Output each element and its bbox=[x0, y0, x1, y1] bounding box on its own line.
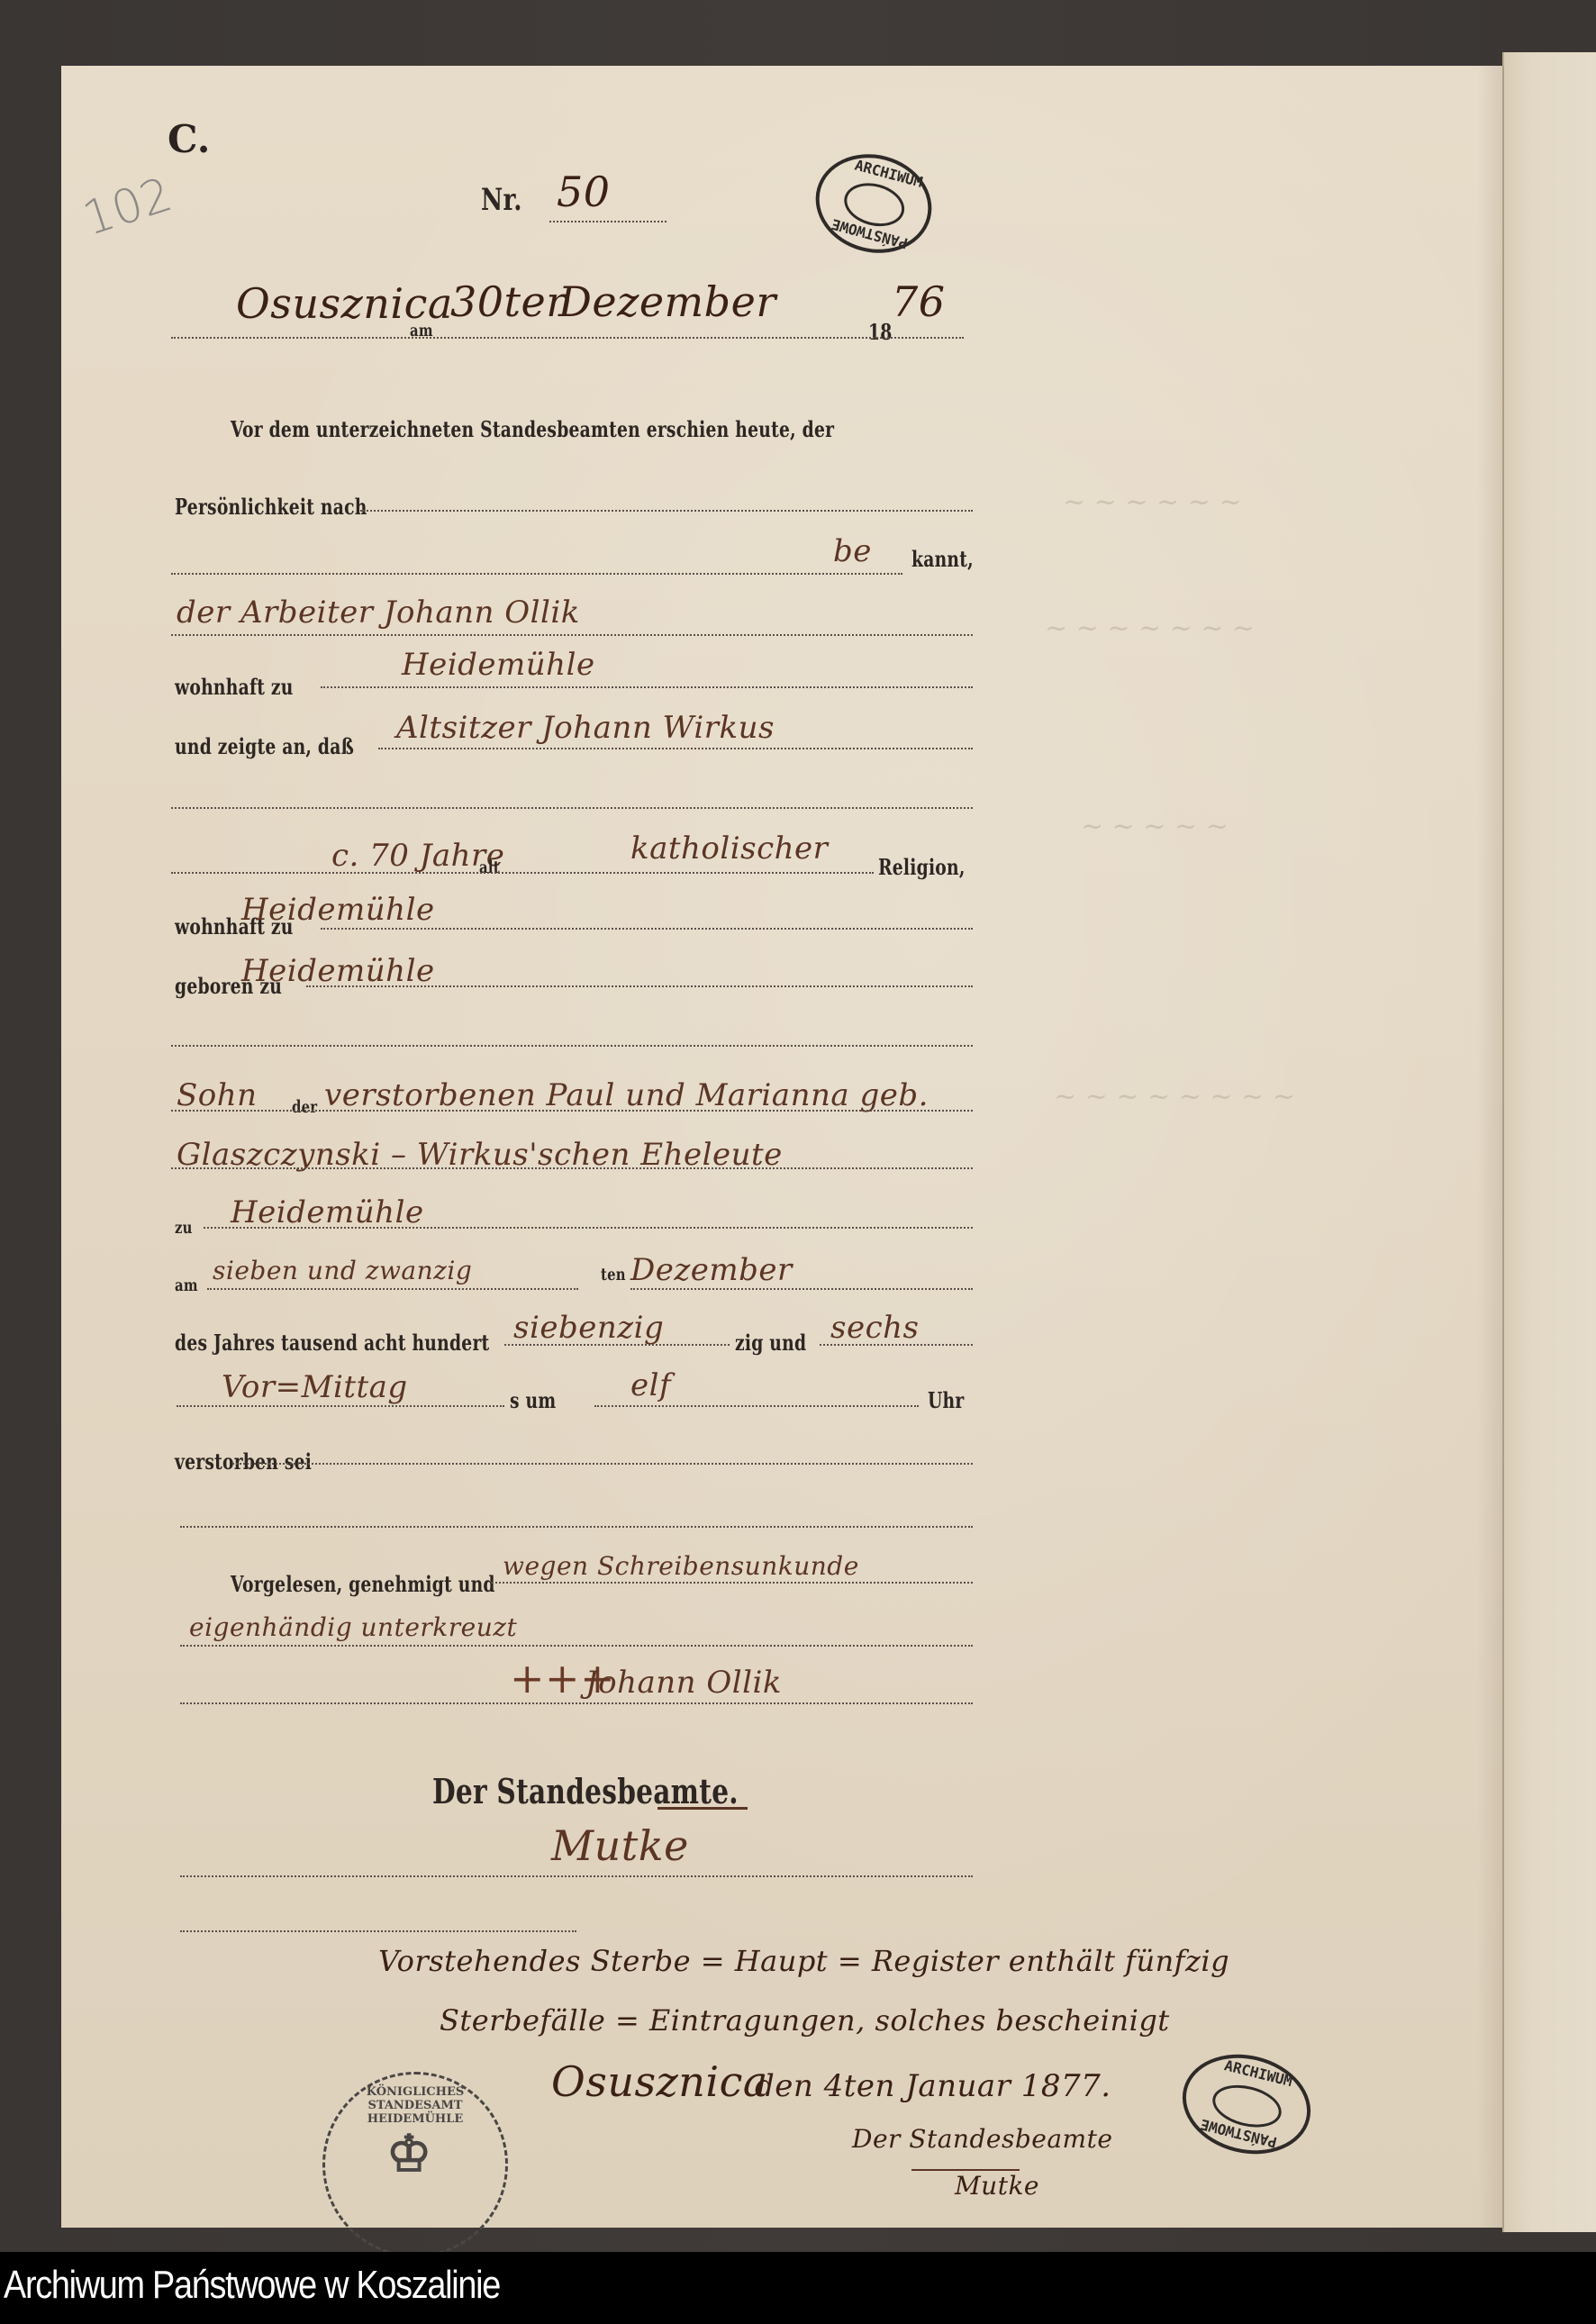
bleed-through-text: ~ ~ ~ ~ ~ bbox=[1081, 811, 1229, 842]
s-um-label: s um bbox=[510, 1387, 556, 1413]
date-month: Dezember bbox=[558, 277, 776, 326]
registrar-underline bbox=[657, 1807, 748, 1810]
archive-name-footer: Archiwum Państwowe w Koszalinie bbox=[4, 2263, 500, 2308]
bleed-through-text: ~ ~ ~ ~ ~ ~ bbox=[1063, 486, 1242, 518]
age-religion-line bbox=[171, 872, 874, 874]
entry-number-line bbox=[549, 221, 667, 222]
registrar-signature: Mutke bbox=[551, 1821, 689, 1870]
deceased-religion: katholischer bbox=[630, 831, 828, 867]
bleed-through-text: ~ ~ ~ ~ ~ ~ ~ ~ bbox=[1054, 1081, 1295, 1112]
death-year-units: sechs bbox=[830, 1310, 919, 1346]
vorgelesen-line-2 bbox=[180, 1645, 973, 1647]
alt-label: alt bbox=[479, 858, 500, 877]
signature-line bbox=[180, 1702, 973, 1704]
zu-label: zu bbox=[175, 1218, 193, 1238]
closing-note-registrar-title: Der Standesbeamte bbox=[852, 2124, 1112, 2154]
closing-line bbox=[180, 1930, 576, 1932]
vorgelesen-line-1 bbox=[491, 1582, 973, 1584]
closing-note-line-1: Vorstehendes Sterbe = Haupt = Register e… bbox=[378, 1944, 1229, 1978]
date-day: 30ten bbox=[450, 277, 573, 326]
date-year-prefix: 18 bbox=[868, 319, 893, 345]
death-hour: elf bbox=[630, 1367, 671, 1403]
death-year-units-line bbox=[820, 1344, 973, 1346]
entry-number: 50 bbox=[557, 168, 611, 216]
ten-label: ten bbox=[601, 1265, 626, 1285]
birthplace: Heidemühle bbox=[241, 953, 435, 989]
persoenlichkeit-line bbox=[360, 510, 973, 512]
series-letter: C. bbox=[168, 117, 210, 161]
date-year-suffix: 76 bbox=[892, 277, 946, 326]
entry-number-label: Nr. bbox=[481, 182, 522, 218]
deceased-residence: Heidemühle bbox=[241, 892, 435, 928]
informant-line bbox=[171, 634, 973, 636]
informant-signature: Johann Ollik bbox=[585, 1665, 782, 1701]
death-hour-line bbox=[594, 1405, 919, 1407]
death-day: sieben und zwanzig bbox=[213, 1256, 472, 1285]
parents-der-label: der bbox=[292, 1097, 317, 1117]
vorgelesen-note-1: wegen Schreibensunkunde bbox=[503, 1551, 859, 1581]
blank-line bbox=[180, 1526, 973, 1528]
religion-label: Religion, bbox=[878, 854, 966, 880]
deceased-name: Altsitzer Johann Wirkus bbox=[396, 710, 775, 746]
place-date-line bbox=[171, 337, 964, 339]
verstorben-label: verstorben sei bbox=[175, 1448, 312, 1475]
intro-line: Vor dem unterzeichneten Standesbeamten e… bbox=[231, 416, 834, 442]
parents-line-1: verstorbenen Paul und Marianna geb. bbox=[324, 1077, 929, 1113]
closing-note-date: den 4ten Januar 1877. bbox=[755, 2068, 1111, 2104]
jahres-label: des Jahres tausend acht hundert bbox=[175, 1330, 489, 1356]
informant-name: der Arbeiter Johann Ollik bbox=[177, 595, 580, 631]
informant-residence-line bbox=[321, 686, 973, 688]
relation-son: Sohn bbox=[177, 1077, 258, 1113]
kannt-label: kannt, bbox=[911, 546, 974, 572]
death-year-tens: siebenzig bbox=[513, 1310, 664, 1346]
am-label: am bbox=[175, 1275, 198, 1295]
death-day-line bbox=[207, 1288, 578, 1290]
registry-office-stamp: KÖNIGLICHES STANDESAMT HEIDEMÜHLE ♔ bbox=[322, 2072, 508, 2257]
closing-note-line-2: Sterbefälle = Eintragungen, solches besc… bbox=[440, 2003, 1170, 2038]
time-of-day: Vor=Mittag bbox=[222, 1369, 408, 1405]
uhr-label: Uhr bbox=[928, 1387, 965, 1413]
time-of-day-line bbox=[177, 1405, 504, 1407]
closing-note-signature: Mutke bbox=[955, 2171, 1039, 2201]
closing-note-place: Osusznica bbox=[551, 2057, 768, 2106]
deceased-residence-line bbox=[321, 928, 973, 930]
vorgelesen-label: Vorgelesen, genehmigt und bbox=[231, 1571, 495, 1597]
page-gutter-shadow bbox=[1477, 66, 1504, 2228]
wohnhaft-label: wohnhaft zu bbox=[175, 674, 294, 700]
death-place: Heidemühle bbox=[231, 1194, 424, 1230]
bleed-through-text: ~ ~ ~ ~ ~ ~ ~ bbox=[1045, 613, 1255, 644]
eagle-emblem-icon: ♔ bbox=[386, 2129, 431, 2179]
vorgelesen-note-2: eigenhändig unterkreuzt bbox=[189, 1612, 517, 1642]
parents-line-1-rule bbox=[171, 1110, 973, 1112]
deceased-line bbox=[378, 748, 973, 749]
kannt-line bbox=[171, 573, 902, 575]
blank-line bbox=[171, 807, 973, 809]
kannt-prefix: be bbox=[833, 533, 872, 569]
death-year-tens-line bbox=[504, 1344, 730, 1346]
verstorben-line bbox=[232, 1463, 973, 1465]
parents-line-2-rule bbox=[171, 1167, 973, 1169]
blank-line bbox=[171, 1045, 973, 1047]
death-month-line bbox=[630, 1288, 973, 1290]
death-place-line bbox=[204, 1227, 973, 1229]
death-month: Dezember bbox=[630, 1252, 793, 1288]
zig-und-label: zig und bbox=[735, 1330, 806, 1356]
informant-residence: Heidemühle bbox=[402, 647, 595, 683]
persoenlichkeit-label: Persönlichkeit nach bbox=[175, 494, 367, 520]
registrar-line bbox=[180, 1875, 973, 1877]
birthplace-line bbox=[306, 985, 973, 987]
registrar-label: Der Standesbeamte. bbox=[432, 1771, 739, 1811]
adjacent-page-edge bbox=[1502, 52, 1596, 2232]
zeigte-an-label: und zeigte an, daß bbox=[175, 733, 354, 759]
